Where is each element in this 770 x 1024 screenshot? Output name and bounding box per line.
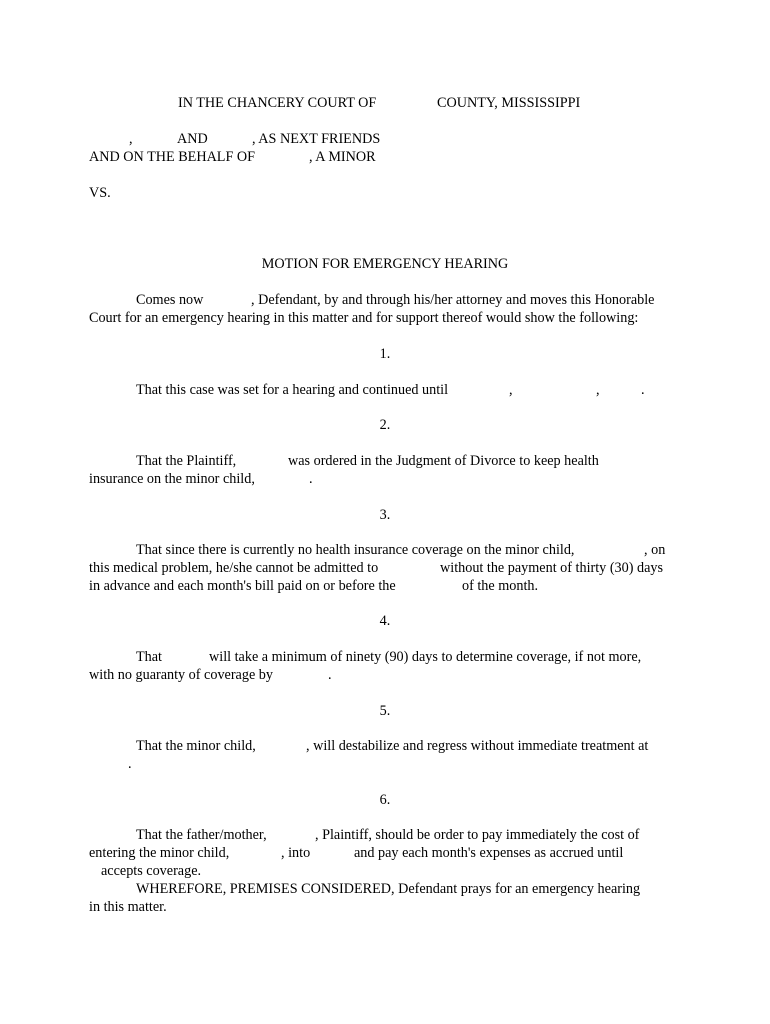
document-title: MOTION FOR EMERGENCY HEARING	[89, 255, 681, 273]
paragraph-5-text-b: , will destabilize and regress without i…	[306, 737, 648, 755]
intro-comes-now: Comes now	[136, 291, 203, 309]
court-heading-suffix: COUNTY, MISSISSIPPI	[437, 94, 580, 112]
paragraph-4-line2: with no guaranty of coverage by	[89, 666, 273, 684]
wherefore-line2: in this matter.	[89, 898, 167, 916]
paragraph-3-line3-b: of the month.	[462, 577, 538, 595]
paragraph-4-text-b: will take a minimum of ninety (90) days …	[209, 648, 641, 666]
paragraph-3-text-b: , on	[644, 541, 665, 559]
wherefore-line1: WHEREFORE, PREMISES CONSIDERED, Defendan…	[136, 880, 640, 898]
paragraph-2-line2-period: .	[309, 470, 313, 488]
paragraph-5-text-a: That the minor child,	[136, 737, 256, 755]
caption-and: AND	[177, 130, 208, 148]
paragraph-6-line2-b: , into	[281, 844, 310, 862]
paragraph-3-number: 3.	[89, 506, 681, 524]
paragraph-4-number: 4.	[89, 612, 681, 630]
paragraph-6-line3: accepts coverage.	[101, 862, 201, 880]
intro-line1-rest: , Defendant, by and through his/her atto…	[251, 291, 654, 309]
paragraph-1-period: .	[641, 381, 645, 399]
paragraph-5-number: 5.	[89, 702, 681, 720]
paragraph-3-text-a: That since there is currently no health …	[136, 541, 574, 559]
paragraph-4-text-a: That	[136, 648, 162, 666]
paragraph-2-number: 2.	[89, 416, 681, 434]
caption-next-friends: , AS NEXT FRIENDS	[252, 130, 380, 148]
paragraph-1-comma-1: ,	[509, 381, 513, 399]
paragraph-1-text: That this case was set for a hearing and…	[136, 381, 448, 399]
paragraph-2-text-a: That the Plaintiff,	[136, 452, 236, 470]
paragraph-1-number: 1.	[89, 345, 681, 363]
court-heading-prefix: IN THE CHANCERY COURT OF	[178, 94, 376, 112]
paragraph-6-text-b: , Plaintiff, should be order to pay imme…	[315, 826, 639, 844]
paragraph-6-line2-c: and pay each month's expenses as accrued…	[354, 844, 623, 862]
paragraph-4-line2-period: .	[328, 666, 332, 684]
paragraph-6-text-a: That the father/mother,	[136, 826, 267, 844]
paragraph-6-number: 6.	[89, 791, 681, 809]
paragraph-3-line2-a: this medical problem, he/she cannot be a…	[89, 559, 378, 577]
paragraph-5-line2-period: .	[128, 755, 132, 773]
paragraph-6-line2-a: entering the minor child,	[89, 844, 229, 862]
paragraph-1-comma-2: ,	[596, 381, 600, 399]
caption-versus: VS.	[89, 184, 111, 202]
caption-comma: ,	[129, 130, 133, 148]
caption-a-minor: , A MINOR	[309, 148, 376, 166]
paragraph-3-line3-a: in advance and each month's bill paid on…	[89, 577, 396, 595]
paragraph-2-line2: insurance on the minor child,	[89, 470, 255, 488]
paragraph-2-text-b: was ordered in the Judgment of Divorce t…	[288, 452, 599, 470]
document-page: IN THE CHANCERY COURT OF COUNTY, MISSISS…	[0, 0, 770, 1024]
caption-behalf-of: AND ON THE BEHALF OF	[89, 148, 255, 166]
paragraph-3-line2-b: without the payment of thirty (30) days	[440, 559, 663, 577]
intro-line2: Court for an emergency hearing in this m…	[89, 309, 638, 327]
